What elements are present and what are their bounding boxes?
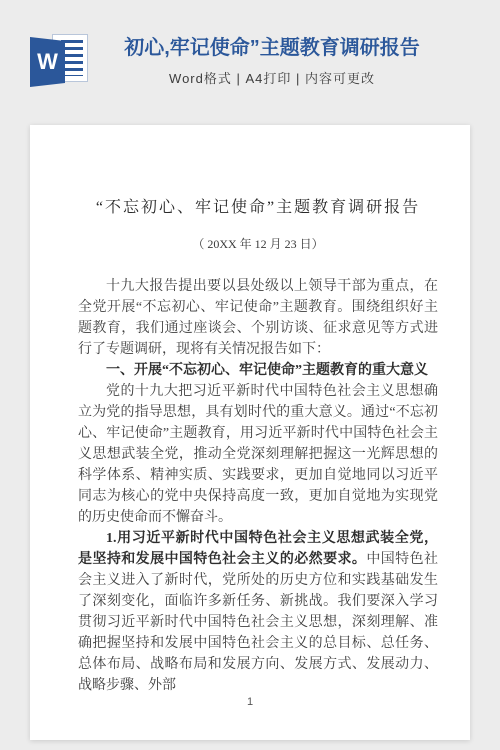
bold-text-run: 一、开展“不忘初心、牢记使命”主题教育的重大意义	[106, 363, 428, 378]
document-page[interactable]: “不忘初心、牢记使命”主题教育调研报告 （ 20XX 年 12 月 23 日） …	[30, 125, 470, 740]
body-paragraph: 党的十九大把习近平新时代中国特色社会主义思想确立为党的指导思想，具有划时代的重大…	[78, 381, 438, 528]
preview-subtitle: Word格式 | A4打印 | 内容可更改	[104, 68, 440, 87]
preview-header: W 初心,牢记使命”主题教育调研报告 Word格式 | A4打印 | 内容可更改	[30, 34, 440, 88]
section-heading: 一、开展“不忘初心、牢记使命”主题教育的重大意义	[78, 360, 438, 381]
body-paragraph: 十九大报告提出要以县处级以上领导干部为重点，在全党开展“不忘初心、牢记使命”主题…	[78, 276, 438, 360]
text-run: 中国特色社会主义进入了新时代，党所处的历史方位和实践基础发生了深刻变化，面临许多…	[78, 552, 438, 693]
word-icon-letter: W	[30, 37, 65, 87]
body-paragraph: 1.用习近平新时代中国特色社会主义思想武装全党，是坚持和发展中国特色社会主义的必…	[78, 528, 438, 696]
text-run: 党的十九大把习近平新时代中国特色社会主义思想确立为党的指导思想，具有划时代的重大…	[78, 384, 438, 525]
text-run: 十九大报告提出要以县处级以上领导干部为重点，在全党开展“不忘初心、牢记使命”主题…	[78, 279, 438, 357]
word-file-icon: W	[30, 34, 88, 88]
preview-title: 初心,牢记使命”主题教育调研报告	[104, 35, 440, 61]
document-preview: W 初心,牢记使命”主题教育调研报告 Word格式 | A4打印 | 内容可更改…	[0, 0, 500, 750]
document-body: 十九大报告提出要以县处级以上领导干部为重点，在全党开展“不忘初心、牢记使命”主题…	[78, 276, 438, 696]
preview-header-text: 初心,牢记使命”主题教育调研报告 Word格式 | A4打印 | 内容可更改	[104, 35, 440, 87]
document-date: （ 20XX 年 12 月 23 日）	[78, 235, 438, 252]
page-number: 1	[30, 696, 470, 708]
document-title: “不忘初心、牢记使命”主题教育调研报告	[78, 197, 438, 219]
